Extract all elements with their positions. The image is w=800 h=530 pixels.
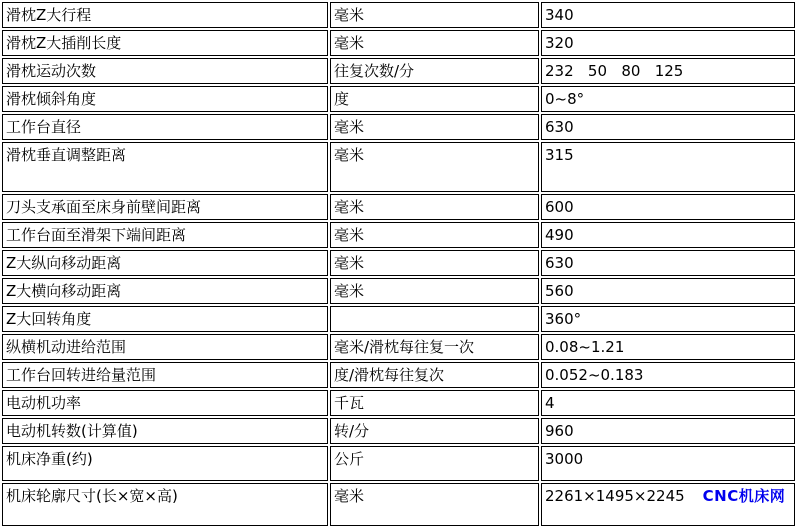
value-text: 3000	[545, 450, 583, 468]
unit-cell: 毫米	[330, 278, 539, 304]
unit-cell: 毫米	[330, 194, 539, 220]
table-row: 电动机功率千瓦4	[2, 390, 795, 416]
unit-cell: 度	[330, 86, 539, 112]
param-name-cell: 工作台直径	[2, 114, 328, 140]
value-text: 600	[545, 198, 574, 216]
value-cell: 340	[541, 2, 795, 28]
value-text: 4	[545, 394, 555, 412]
param-name-cell: Z大横向移动距离	[2, 278, 328, 304]
table-row: 滑枕Z大行程毫米340	[2, 2, 795, 28]
value-text: 630	[545, 118, 574, 136]
value-text: 0.08~1.21	[545, 338, 624, 356]
param-name-cell: 电动机功率	[2, 390, 328, 416]
table-row: 滑枕运动次数往复次数/分232 50 80 125	[2, 58, 795, 84]
value-text: 960	[545, 422, 574, 440]
unit-cell: 毫米/滑枕每往复一次	[330, 334, 539, 360]
param-name-cell: 纵横机动进给范围	[2, 334, 328, 360]
value-cell: 960	[541, 418, 795, 444]
unit-cell: 毫米	[330, 222, 539, 248]
param-name-cell: 滑枕Z大插削长度	[2, 30, 328, 56]
value-cell: 0.08~1.21	[541, 334, 795, 360]
param-name-cell: 工作台面至滑架下端间距离	[2, 222, 328, 248]
table-row: 纵横机动进给范围毫米/滑枕每往复一次0.08~1.21	[2, 334, 795, 360]
unit-cell: 度/滑枕每往复次	[330, 362, 539, 388]
param-name-cell: 电动机转数(计算值)	[2, 418, 328, 444]
table-row: 滑枕垂直调整距离毫米315	[2, 142, 795, 192]
param-name-cell: 工作台回转进给量范围	[2, 362, 328, 388]
unit-cell: 往复次数/分	[330, 58, 539, 84]
table-row: 机床净重(约)公斤3000	[2, 446, 795, 481]
unit-cell: 毫米	[330, 114, 539, 140]
param-name-cell: Z大回转角度	[2, 306, 328, 332]
table-row: 机床轮廓尺寸(长×宽×高)毫米2261×1495×2245CNC机床网	[2, 483, 795, 526]
value-cell: 630	[541, 114, 795, 140]
value-text: 232 50 80 125	[545, 62, 683, 80]
unit-cell: 公斤	[330, 446, 539, 481]
spec-table: 滑枕Z大行程毫米340滑枕Z大插削长度毫米320滑枕运动次数往复次数/分232 …	[0, 0, 797, 528]
value-cell: 232 50 80 125	[541, 58, 795, 84]
param-name-cell: Z大纵向移动距离	[2, 250, 328, 276]
value-cell: 2261×1495×2245CNC机床网	[541, 483, 795, 526]
unit-cell: 千瓦	[330, 390, 539, 416]
param-name-cell: 机床净重(约)	[2, 446, 328, 481]
param-name-cell: 滑枕垂直调整距离	[2, 142, 328, 192]
value-cell: 320	[541, 30, 795, 56]
value-cell: 4	[541, 390, 795, 416]
table-row: Z大横向移动距离毫米560	[2, 278, 795, 304]
value-cell: 630	[541, 250, 795, 276]
value-text: 340	[545, 6, 574, 24]
value-text: 490	[545, 226, 574, 244]
unit-cell: 毫米	[330, 250, 539, 276]
value-text: 320	[545, 34, 574, 52]
table-row: 工作台面至滑架下端间距离毫米490	[2, 222, 795, 248]
table-row: 滑枕Z大插削长度毫米320	[2, 30, 795, 56]
table-row: 刀头支承面至床身前壁间距离毫米600	[2, 194, 795, 220]
value-text: 560	[545, 282, 574, 300]
param-name-cell: 机床轮廓尺寸(长×宽×高)	[2, 483, 328, 526]
value-text: 315	[545, 146, 574, 164]
value-cell: 360°	[541, 306, 795, 332]
value-text: 360°	[545, 310, 581, 328]
unit-cell	[330, 306, 539, 332]
unit-cell: 毫米	[330, 2, 539, 28]
unit-cell: 毫米	[330, 30, 539, 56]
param-name-cell: 刀头支承面至床身前壁间距离	[2, 194, 328, 220]
table-row: Z大纵向移动距离毫米630	[2, 250, 795, 276]
param-name-cell: 滑枕倾斜角度	[2, 86, 328, 112]
table-row: 电动机转数(计算值)转/分960	[2, 418, 795, 444]
unit-cell: 毫米	[330, 483, 539, 526]
value-text: 2261×1495×2245	[545, 487, 685, 505]
value-text: 0.052~0.183	[545, 366, 643, 384]
value-cell: 315	[541, 142, 795, 192]
unit-cell: 毫米	[330, 142, 539, 192]
table-row: 工作台直径毫米630	[2, 114, 795, 140]
value-cell: 0.052~0.183	[541, 362, 795, 388]
site-watermark: CNC机床网	[703, 487, 786, 505]
value-cell: 560	[541, 278, 795, 304]
value-cell: 600	[541, 194, 795, 220]
table-row: 滑枕倾斜角度度0~8°	[2, 86, 795, 112]
table-row: Z大回转角度360°	[2, 306, 795, 332]
table-row: 工作台回转进给量范围度/滑枕每往复次0.052~0.183	[2, 362, 795, 388]
unit-cell: 转/分	[330, 418, 539, 444]
value-text: 0~8°	[545, 90, 584, 108]
page: 滑枕Z大行程毫米340滑枕Z大插削长度毫米320滑枕运动次数往复次数/分232 …	[0, 0, 800, 530]
param-name-cell: 滑枕Z大行程	[2, 2, 328, 28]
spec-table-body: 滑枕Z大行程毫米340滑枕Z大插削长度毫米320滑枕运动次数往复次数/分232 …	[2, 2, 795, 526]
value-cell: 0~8°	[541, 86, 795, 112]
param-name-cell: 滑枕运动次数	[2, 58, 328, 84]
value-cell: 490	[541, 222, 795, 248]
value-cell: 3000	[541, 446, 795, 481]
value-text: 630	[545, 254, 574, 272]
